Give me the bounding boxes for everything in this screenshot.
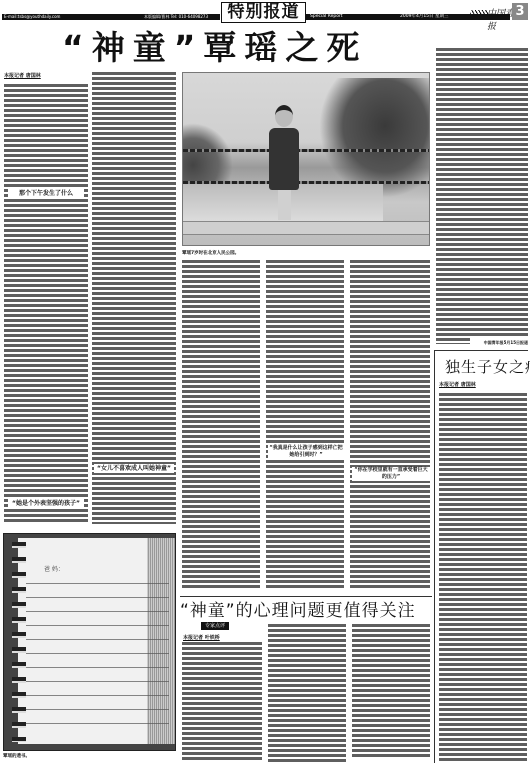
article-subhead: “女儿不喜欢成人叫她神童” — [94, 464, 174, 473]
notebook-caption: 覃瑶的遗书。 — [3, 753, 30, 760]
section-title: 特别报道 — [221, 2, 306, 23]
issue-date: 2009年4月15日 星期三 — [400, 13, 448, 21]
article-text — [436, 48, 528, 344]
article-text — [4, 84, 88, 524]
article-text — [350, 260, 430, 588]
article-text — [92, 72, 176, 524]
diagonal-hatch-icon — [470, 10, 488, 20]
second-headline: “神童”的心理问题更值得关注 — [180, 601, 416, 621]
letter-salutation: 爸 妈： — [44, 564, 64, 573]
sidebar-byline: 本报记者 唐国林 — [439, 381, 476, 388]
second-column-3 — [352, 624, 430, 758]
masthead-contact: 本版编辑/曹林 Tel: 010-64098273 — [144, 13, 208, 21]
article-column-3 — [182, 260, 260, 588]
sidebar-text — [439, 393, 527, 761]
page-number: 3 — [512, 3, 528, 20]
article-text — [268, 624, 346, 762]
article-text — [182, 642, 262, 762]
article-subhead: “我真是什么让孩子感到这样亡把她给引到时？” — [268, 445, 344, 459]
article-subhead: 那个下午发生了什么 — [8, 189, 84, 198]
article-byline: 本报记者 唐国林 — [4, 72, 88, 80]
second-byline: 本报记者 叶铁桥 — [183, 634, 220, 641]
article-text — [266, 260, 344, 588]
masthead-email: E-mail:tsbs@youthdaily.com — [4, 13, 60, 21]
main-headline: “神童”覃瑶之死 — [62, 28, 367, 68]
spiral-binding — [12, 542, 26, 742]
photo-notebook-letter: 爸 妈： — [3, 533, 176, 751]
expert-tag: 专家点评 — [201, 622, 229, 630]
sidebar-title: 独生子女之痛 — [445, 356, 530, 377]
article-column-1: 本报记者 唐国林 — [4, 72, 88, 524]
article-subhead: “你在学校里就有一直承受着巨大的压力” — [352, 467, 430, 481]
section-divider — [180, 596, 432, 597]
photo-girl-by-pool — [182, 72, 430, 246]
article-column-2 — [92, 72, 176, 524]
article-text — [182, 260, 260, 588]
article-column-4 — [266, 260, 344, 588]
article-column-5 — [350, 260, 430, 588]
masthead: E-mail:tsbs@youthdaily.com 本版编辑/曹林 Tel: … — [0, 0, 530, 24]
second-column-2 — [268, 624, 346, 762]
photo-caption: 覃瑶7岁时在北京人民公园。 — [182, 250, 239, 257]
sidebar-article: 独生子女之痛 本报记者 唐国林 — [434, 350, 528, 763]
article-subhead: “她是个外表坚强的孩子” — [8, 499, 84, 508]
source-note: 中国青年报5月15日报道 — [470, 338, 528, 347]
article-text — [439, 393, 527, 761]
article-column-6 — [436, 48, 528, 344]
section-english: Special Report — [310, 13, 343, 21]
article-text — [352, 624, 430, 758]
second-column-1 — [182, 642, 262, 762]
